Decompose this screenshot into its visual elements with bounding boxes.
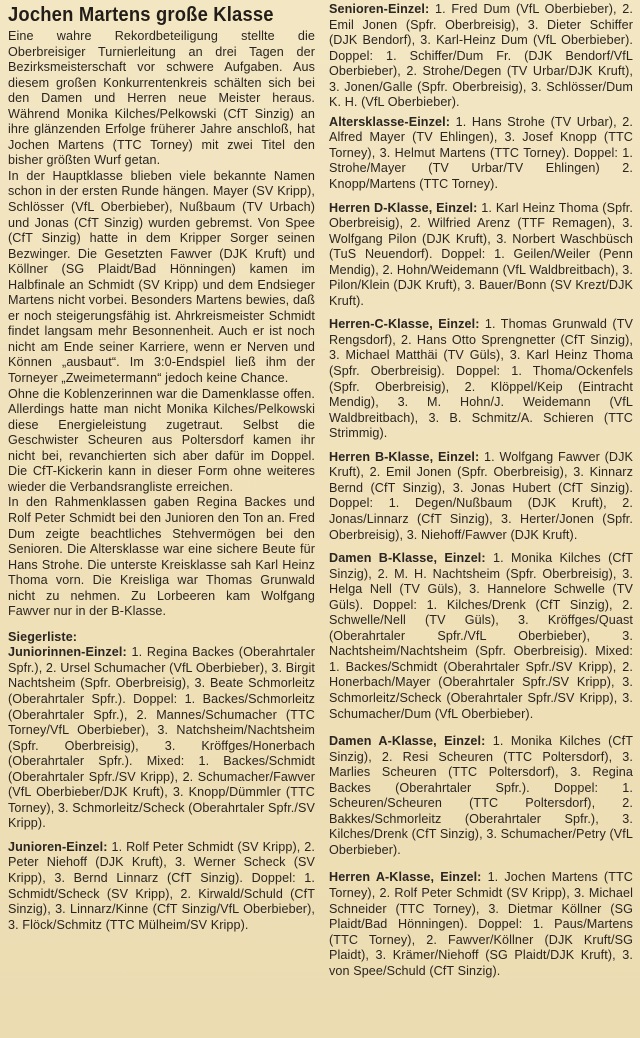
result-text: 1. Regina Backes (Oberahrtaler Spfr.), 2… [8,645,315,830]
result-text: 1. Thomas Grunwald (TV Rengsdorf), 2. Ha… [329,317,633,440]
result-junioren: Junioren-Einzel: 1. Rolf Peter Schmidt (… [8,840,315,933]
result-label: Herren-C-Klasse, Einzel: [329,317,480,331]
result-label: Junioren-Einzel: [8,840,108,854]
result-label: Juniorinnen-Einzel: [8,645,127,659]
article-paragraph-intro: Eine wahre Rekordbeteiligung stellte die… [8,29,315,169]
result-herren-c: Herren-C-Klasse, Einzel: 1. Thomas Grunw… [329,317,633,441]
result-text: 1. Karl Heinz Thoma (Spfr. Oberbreisig),… [329,201,633,308]
result-juniorinnen: Juniorinnen-Einzel: 1. Regina Backes (Ob… [8,645,315,832]
right-column: Senioren-Einzel: 1. Fred Dum (VfL Oberbi… [329,2,633,979]
result-herren-a: Herren A-Klasse, Einzel: 1. Jochen Marte… [329,870,633,979]
result-label: Damen B-Klasse, Einzel: [329,551,486,565]
result-herren-b: Herren B-Klasse, Einzel: 1. Wolfgang Faw… [329,450,633,543]
result-label: Altersklasse-Einzel: [329,115,450,129]
result-altersklasse: Altersklasse-Einzel: 1. Hans Strohe (TV … [329,115,633,193]
result-label: Herren A-Klasse, Einzel: [329,870,481,884]
result-text: 1. Monika Kilches (CfT Sinzig), 2. M. H.… [329,551,633,720]
article-paragraph-hauptklasse: In der Hauptklasse blieben viele bekannt… [8,169,315,387]
article-headline: Jochen Martens große Klasse [8,3,290,27]
left-column: Jochen Martens große Klasse Eine wahre R… [8,0,315,933]
result-label: Damen A-Klasse, Einzel: [329,734,485,748]
result-damen-a: Damen A-Klasse, Einzel: 1. Monika Kilche… [329,734,633,858]
result-herren-d: Herren D-Klasse, Einzel: 1. Karl Heinz T… [329,201,633,310]
article-paragraph-rahmenklassen: In den Rahmenklassen gaben Regina Backes… [8,495,315,619]
newspaper-clipping: Jochen Martens große Klasse Eine wahre R… [0,0,640,1038]
result-text: 1. Jochen Martens (TTC Torney), 2. Rolf … [329,870,633,977]
result-label: Herren B-Klasse, Einzel: [329,450,479,464]
result-text: 1. Fred Dum (VfL Oberbieber), 2. Emil Jo… [329,2,633,109]
result-text: 1. Monika Kilches (CfT Sinzig), 2. Resi … [329,734,633,857]
result-senioren: Senioren-Einzel: 1. Fred Dum (VfL Oberbi… [329,2,633,111]
result-label: Herren D-Klasse, Einzel: [329,201,477,215]
article-paragraph-damenklasse: Ohne die Koblenzerinnen war die Damenkla… [8,387,315,496]
result-damen-b: Damen B-Klasse, Einzel: 1. Monika Kilche… [329,551,633,722]
siegerliste-heading: Siegerliste: [8,630,315,646]
result-label: Senioren-Einzel: [329,2,429,16]
